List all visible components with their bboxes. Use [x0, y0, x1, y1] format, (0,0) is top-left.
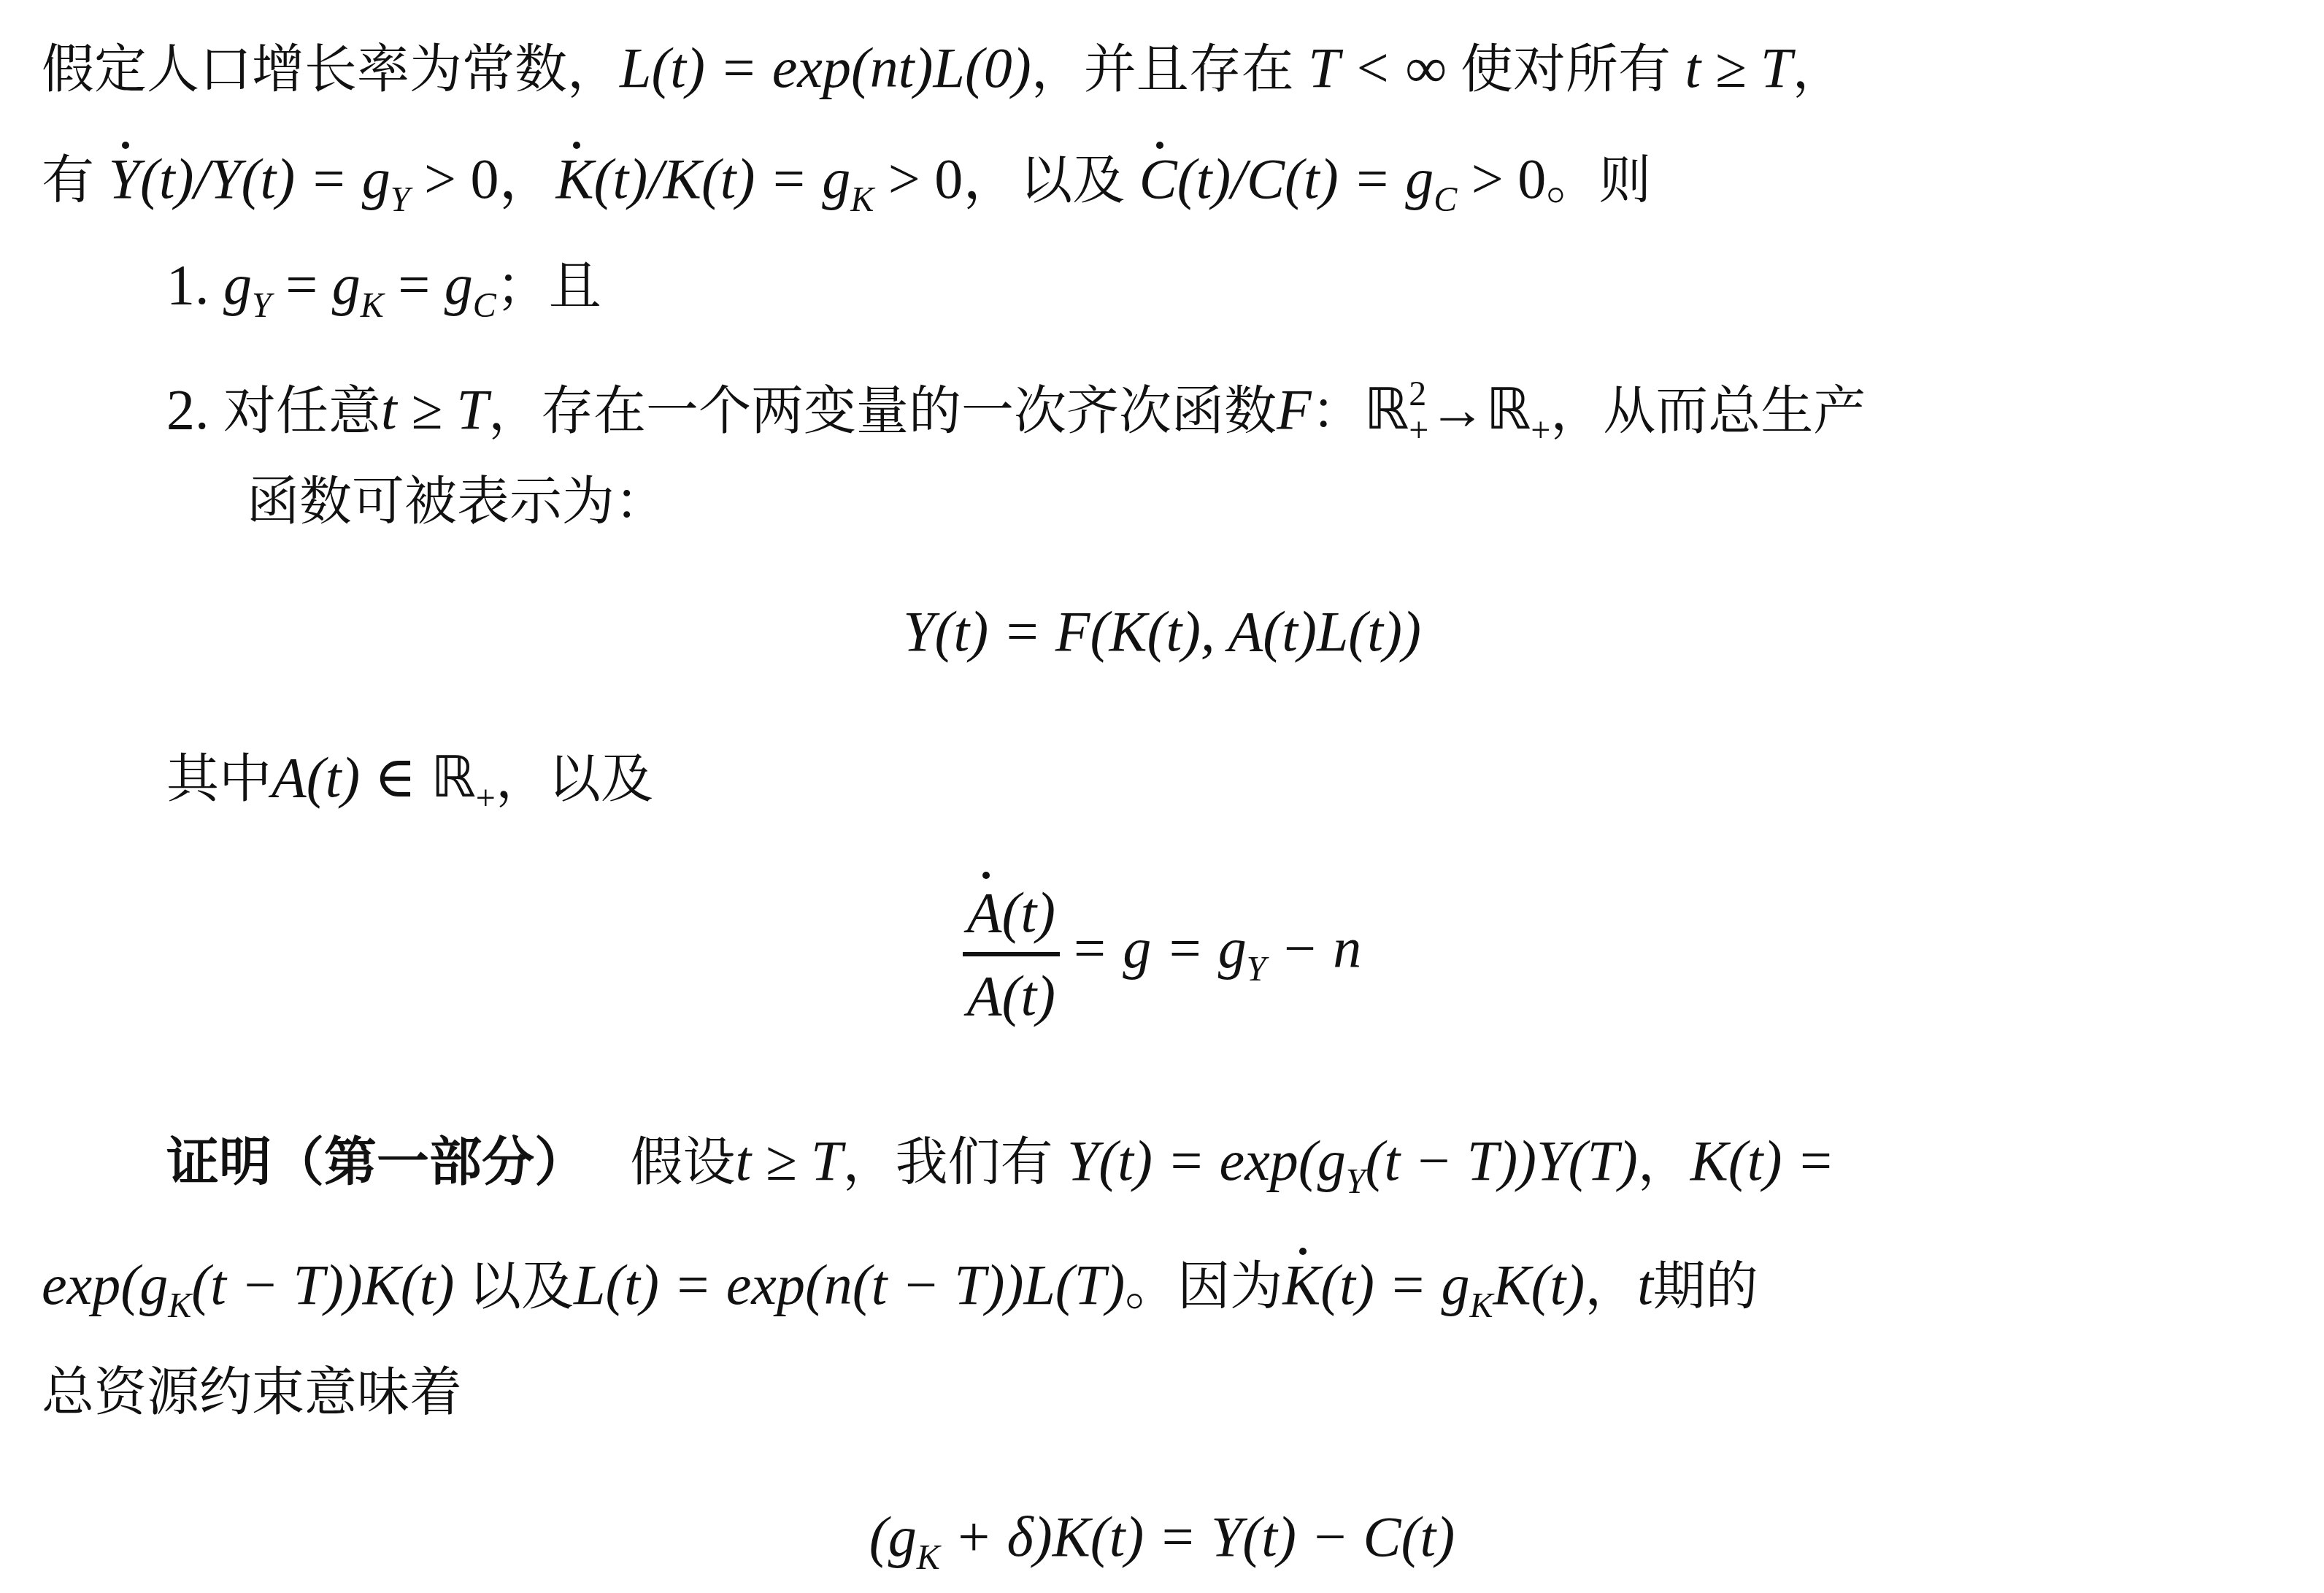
text: 期的 — [1653, 1255, 1758, 1316]
math: F — [1277, 377, 1312, 441]
subscript: K — [361, 286, 384, 325]
math: − n — [1266, 916, 1362, 980]
text: 其中 — [166, 748, 272, 809]
math: (t)/K(t) = g — [594, 147, 851, 210]
math: T < ∞ — [1308, 36, 1446, 99]
superscript: 2 — [1409, 375, 1426, 413]
text: ，从而总生产 — [1550, 380, 1866, 441]
subscript: K — [168, 1286, 191, 1325]
math: (t)/C(t) = g — [1177, 147, 1434, 210]
subscript: Y — [390, 180, 410, 219]
real-numbers-symbol: ℝ — [431, 745, 476, 810]
text: 对任意 — [223, 380, 381, 441]
math: = g = g — [1070, 916, 1247, 980]
denominator: A(t) — [967, 956, 1055, 1032]
text: ， — [1585, 1255, 1637, 1316]
math: t ≥ T — [381, 377, 488, 441]
math: K(t) = — [1690, 1129, 1835, 1192]
math: > 0 — [1457, 147, 1546, 210]
text: ： — [1312, 380, 1364, 441]
numerator: A(t) — [963, 876, 1060, 956]
math: (t − T))K(t) — [191, 1253, 454, 1316]
list-item-2-continuation: 函数可被表示为： — [247, 467, 667, 534]
subscript: C — [473, 286, 496, 325]
text: 假设 — [631, 1131, 736, 1192]
text: ，我们有 — [842, 1131, 1053, 1192]
math: t ≥ T — [1685, 36, 1793, 99]
real-numbers-symbol: ℝ — [1485, 377, 1531, 442]
text: ，并且存在 — [1031, 38, 1294, 99]
math: t — [1637, 1253, 1653, 1316]
subscript: K — [917, 1538, 940, 1577]
text: 有 — [42, 149, 94, 210]
subscript: + — [476, 779, 496, 818]
c-dot: C — [1139, 146, 1177, 212]
k-dot: K — [556, 146, 594, 212]
math: Y(t) = exp(g — [1067, 1129, 1346, 1192]
math: t ≥ T — [736, 1129, 843, 1192]
equation-resource-constraint: (gK + δ)K(t) = Y(t) − C(t) — [0, 1504, 2324, 1591]
math: (t − T))Y(T) — [1365, 1129, 1637, 1192]
math: = — [272, 253, 332, 316]
math: Y(t) = F(K(t), A(t)L(t)) — [903, 599, 1421, 663]
math: > 0， — [410, 147, 556, 210]
list-item-1: 1. gY = gK = gC；且 — [166, 252, 601, 339]
item-number: 1. — [166, 253, 209, 316]
math: (t) = g — [1320, 1253, 1469, 1316]
y-dot: Y — [109, 146, 140, 212]
text: ，以及 — [496, 748, 653, 809]
a-dot: A — [967, 876, 1002, 949]
subscript: Y — [252, 286, 272, 325]
text: ， — [1792, 38, 1844, 99]
text: ，存在一个两变量的一次齐次函数 — [488, 380, 1277, 441]
math: g — [223, 253, 252, 316]
text: 假定人口增长率为常数， — [42, 38, 620, 99]
math: g — [445, 253, 473, 316]
text: 总资源约束意味着 — [42, 1361, 462, 1422]
text: 。则 — [1546, 149, 1651, 210]
real-numbers-symbol: ℝ — [1364, 377, 1409, 442]
arrow-icon: → — [1428, 377, 1485, 441]
proof-line-1: 证明（第一部分） 假设t ≥ T，我们有 Y(t) = exp(gY(t − T… — [166, 1128, 1835, 1215]
text: ， — [1638, 1131, 1690, 1192]
proof-heading: 证明（第一部分） — [166, 1131, 587, 1192]
text: 使对所有 — [1461, 38, 1671, 99]
text: 以及 — [469, 1255, 574, 1316]
subscript: Y — [1346, 1162, 1366, 1201]
math: > 0， — [874, 147, 1020, 210]
subscript: K — [1470, 1286, 1493, 1325]
math: g — [332, 253, 361, 316]
math: (t)/Y(t) = g — [140, 147, 390, 210]
math: exp(g — [42, 1253, 168, 1316]
item-number: 2. — [166, 377, 209, 441]
subscript: C — [1434, 180, 1457, 219]
theorem-line-1: 假定人口增长率为常数，L(t) = exp(nt)L(0)，并且存在 T < ∞… — [42, 35, 1844, 101]
math: = — [384, 253, 445, 316]
subscript: + — [1531, 411, 1550, 450]
math: L(t) = exp(n(t − T))L(T) — [574, 1253, 1125, 1316]
math: L(t) = exp(nt)L(0) — [620, 36, 1031, 99]
math: (g — [869, 1505, 917, 1568]
k-dot: K — [1282, 1252, 1320, 1318]
subscript: Y — [1247, 950, 1266, 989]
list-item-2: 2. 对任意t ≥ T，存在一个两变量的一次齐次函数F：ℝ2+→ℝ+，从而总生产 — [166, 361, 1866, 464]
where-line: 其中A(t) ∈ ℝ+，以及 — [166, 745, 653, 832]
math: A(t) ∈ — [272, 745, 431, 809]
math: K(t) — [1493, 1253, 1585, 1316]
math: + δ)K(t) = Y(t) − C(t) — [940, 1505, 1455, 1568]
equation-production-function: Y(t) = F(K(t), A(t)L(t)) — [0, 599, 2324, 664]
fraction: A(t) A(t) — [963, 876, 1060, 1032]
subscript: K — [850, 180, 874, 219]
equation-growth-rate: A(t) A(t) = g = gY − n — [0, 876, 2324, 1032]
text: 以及 — [1020, 149, 1125, 210]
proof-line-2: exp(gK(t − T))K(t) 以及L(t) = exp(n(t − T)… — [42, 1252, 1758, 1339]
text: 。因为 — [1125, 1255, 1282, 1316]
text: ；且 — [496, 255, 601, 316]
theorem-line-2: 有 Y(t)/Y(t) = gY > 0，K(t)/K(t) = gK > 0，… — [42, 146, 1651, 233]
proof-line-3: 总资源约束意味着 — [42, 1358, 462, 1424]
math: (t) — [1001, 880, 1055, 944]
subscript: + — [1409, 411, 1428, 450]
text: 函数可被表示为： — [247, 470, 667, 531]
